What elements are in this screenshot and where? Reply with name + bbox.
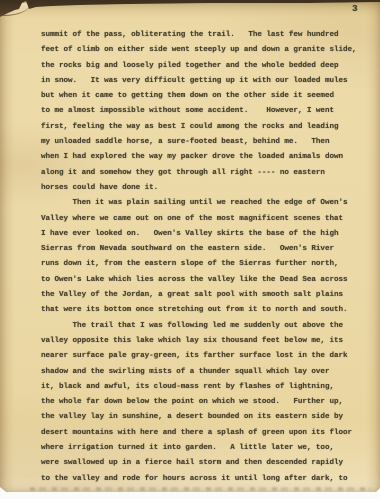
text-line: I have ever looked on. Owen's Valley ski… bbox=[41, 227, 367, 242]
text-line: summit of the pass, obliterating the tra… bbox=[41, 28, 367, 43]
text-line: horses could have done it. bbox=[41, 181, 367, 196]
text-line: in snow. It was very difficult getting u… bbox=[41, 74, 367, 89]
text-line: runs down it, from the eastern slope of … bbox=[41, 257, 367, 272]
text-line: were swallowed up in a fierce hail storm… bbox=[41, 456, 367, 471]
paragraph: The trail that I was following led me su… bbox=[41, 319, 367, 487]
text-line: first, feeling the way as best I could a… bbox=[41, 120, 367, 135]
text-line: feet of climb on either side went steepl… bbox=[41, 43, 367, 58]
text-line: Valley where we came out on one of the m… bbox=[41, 212, 367, 227]
text-line: Sierras from Nevada southward on the eas… bbox=[41, 242, 367, 257]
paragraph: summit of the pass, obliterating the tra… bbox=[41, 28, 367, 196]
paragraph: Then it was plain sailing until we reach… bbox=[41, 196, 367, 318]
text-line: Then it was plain sailing until we reach… bbox=[41, 196, 367, 211]
text-line: where irrigation turned it into garden. … bbox=[41, 441, 367, 456]
text-line: it, black and awful, its cloud-mass rent… bbox=[41, 380, 367, 395]
text-line: the whole far down below the point on wh… bbox=[41, 395, 367, 410]
text-line: the valley lay in sunshine, a desert bou… bbox=[41, 410, 367, 425]
text-line: to the valley and rode for hours across … bbox=[41, 472, 367, 487]
text-line: to Owen's Lake which lies across the val… bbox=[41, 273, 367, 288]
text-line: the rocks big and loosely piled together… bbox=[41, 59, 367, 74]
text-line: shadow and the swirling mists of a thund… bbox=[41, 365, 367, 380]
text-line: that were its bottom once stretching out… bbox=[41, 303, 367, 318]
text-line: but when it came to getting them down on… bbox=[41, 89, 367, 104]
cutoff-text-remnant bbox=[30, 487, 370, 491]
text-line: when I had explored the way my packer dr… bbox=[41, 150, 367, 165]
text-line: The trail that I was following led me su… bbox=[41, 319, 367, 334]
typewritten-text: summit of the pass, obliterating the tra… bbox=[41, 28, 367, 487]
text-line: along it and somehow they got through al… bbox=[41, 166, 367, 181]
text-line: to me almost impossible without some acc… bbox=[41, 104, 367, 119]
text-line: the Valley of the Jordan, a great salt p… bbox=[41, 288, 367, 303]
paper-sheet: 3 summit of the pass, obliterating the t… bbox=[0, 0, 380, 492]
scanned-page: 3 summit of the pass, obliterating the t… bbox=[0, 0, 380, 499]
text-line: valley opposite this lake which lay six … bbox=[41, 334, 367, 349]
scanner-bed bbox=[0, 492, 380, 499]
text-line: my unloaded saddle horse, a sure-footed … bbox=[41, 135, 367, 150]
text-line: nearer surface pale gray-green, its fart… bbox=[41, 349, 367, 364]
page-number: 3 bbox=[352, 3, 358, 14]
text-line: desert mountains with here and there a s… bbox=[41, 426, 367, 441]
